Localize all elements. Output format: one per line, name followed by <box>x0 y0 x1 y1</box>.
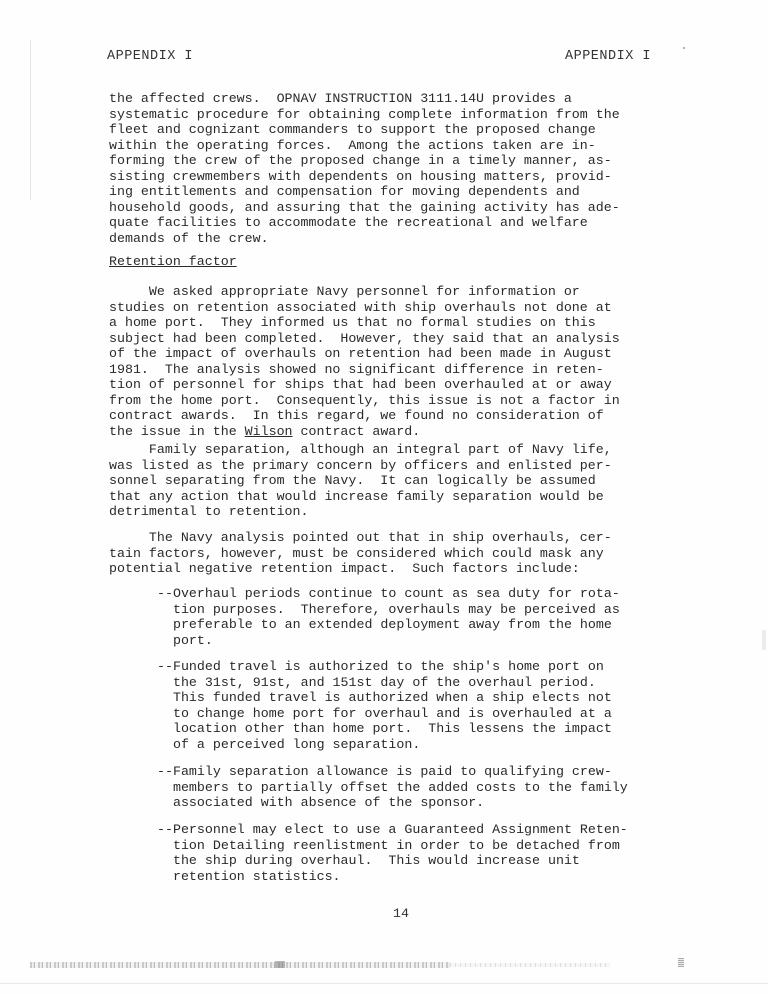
header-left: APPENDIX I <box>107 49 193 64</box>
scan-speck <box>762 630 766 650</box>
paragraph-family-separation: Family separation, although an integral … <box>109 442 669 520</box>
document-body-retention: We asked appropriate Navy personnel for … <box>109 284 669 439</box>
document-body-family: Family separation, although an integral … <box>109 442 669 520</box>
paragraph-crew-procedure: the affected crews. OPNAV INSTRUCTION 31… <box>109 91 669 246</box>
scan-bottom-edge <box>0 983 768 984</box>
scan-noise-mark <box>678 958 684 967</box>
list-item: --Funded travel is authorized to the shi… <box>157 659 612 752</box>
ship-name-wilson: Wilson <box>245 424 293 439</box>
paragraph-retention-text: We asked appropriate Navy personnel for … <box>109 284 620 439</box>
paragraph-retention-tail: contract award. <box>293 424 421 439</box>
paragraph-retention-analysis: We asked appropriate Navy personnel for … <box>109 284 669 439</box>
scan-noise-strip <box>30 962 450 968</box>
header-right: APPENDIX I <box>565 49 651 64</box>
page-number: 14 <box>393 906 409 921</box>
paragraph-navy-analysis: The Navy analysis pointed out that in sh… <box>109 530 669 577</box>
scan-dot <box>683 47 685 49</box>
list-item: --Personnel may elect to use a Guarantee… <box>157 822 628 884</box>
list-item: --Family separation allowance is paid to… <box>157 764 628 811</box>
document-body-top: the affected crews. OPNAV INSTRUCTION 31… <box>109 91 669 246</box>
scan-noise-strip-faint <box>450 963 610 967</box>
document-body-factors: The Navy analysis pointed out that in sh… <box>109 530 669 577</box>
scan-noise-blob <box>275 961 285 968</box>
scan-edge-artifact <box>30 40 31 200</box>
section-heading-retention-factor: Retention factor <box>109 254 237 269</box>
list-item: --Overhaul periods continue to count as … <box>157 586 620 648</box>
